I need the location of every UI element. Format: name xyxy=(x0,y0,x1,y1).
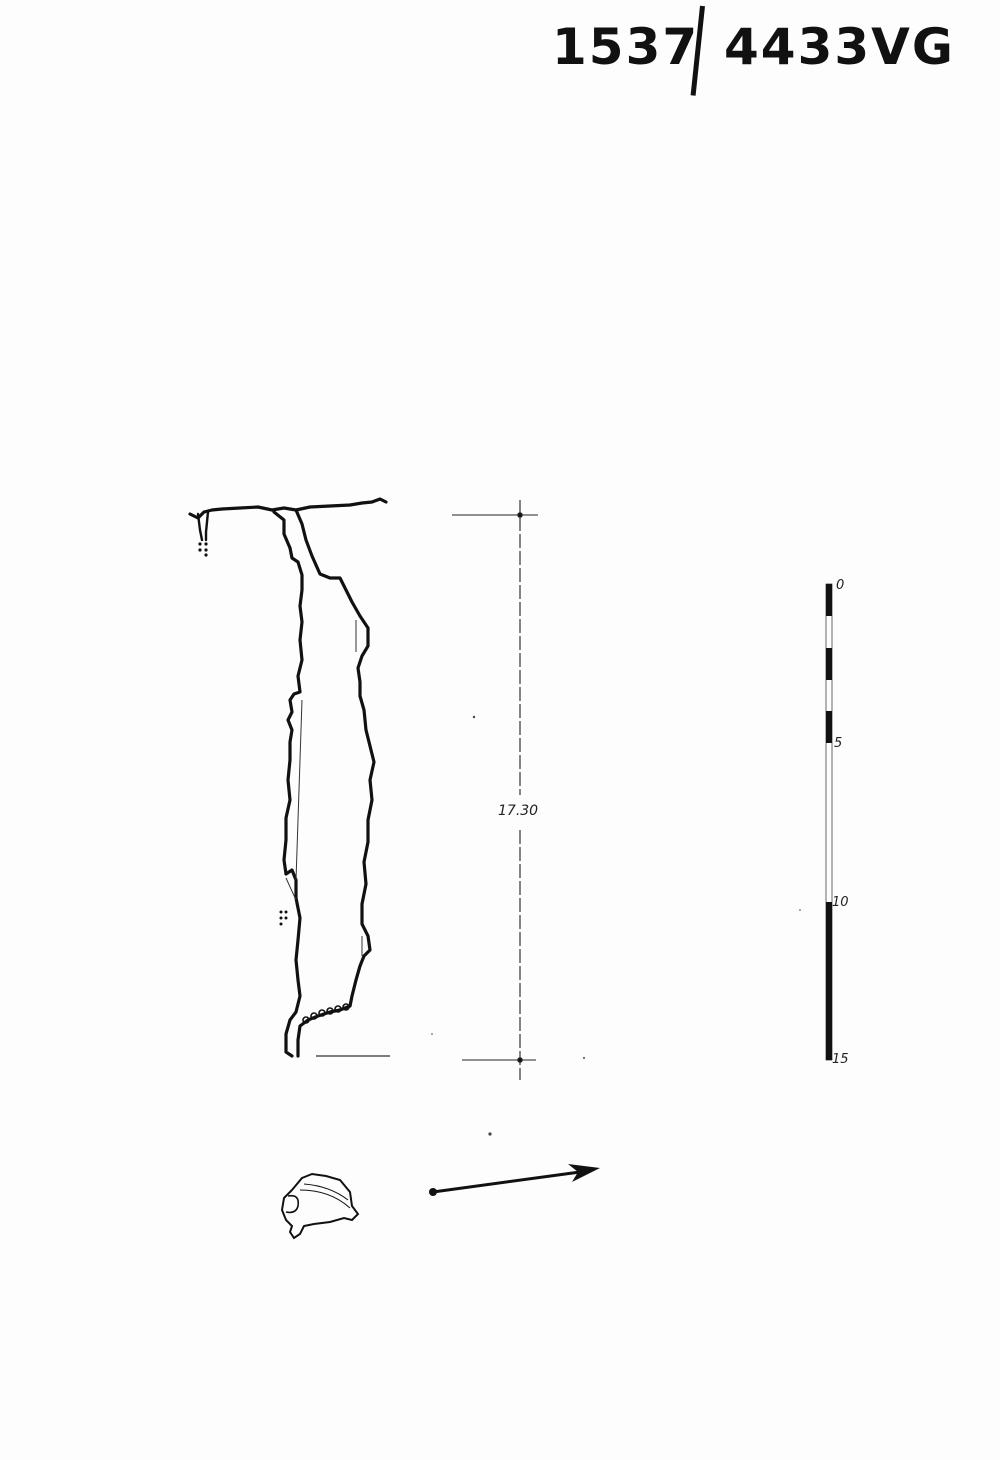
scale-tick-0: 0 xyxy=(836,578,844,593)
scale-tick-10: 10 xyxy=(832,895,849,910)
survey-sheet: 1537 4433VG xyxy=(0,0,1000,1460)
section-drawing xyxy=(0,0,1000,1460)
scan-specks xyxy=(431,716,801,1136)
stalactite-dots xyxy=(198,542,287,925)
entrance-plan-outline xyxy=(282,1174,358,1238)
scale-tick-5: 5 xyxy=(834,736,842,751)
depth-label: 17.30 xyxy=(498,803,538,819)
depth-dimension xyxy=(452,500,538,1080)
scale-bar xyxy=(826,584,832,1060)
scale-tick-15: 15 xyxy=(832,1052,849,1067)
direction-arrow-icon xyxy=(429,1164,600,1196)
cave-section-outline xyxy=(190,499,386,1056)
